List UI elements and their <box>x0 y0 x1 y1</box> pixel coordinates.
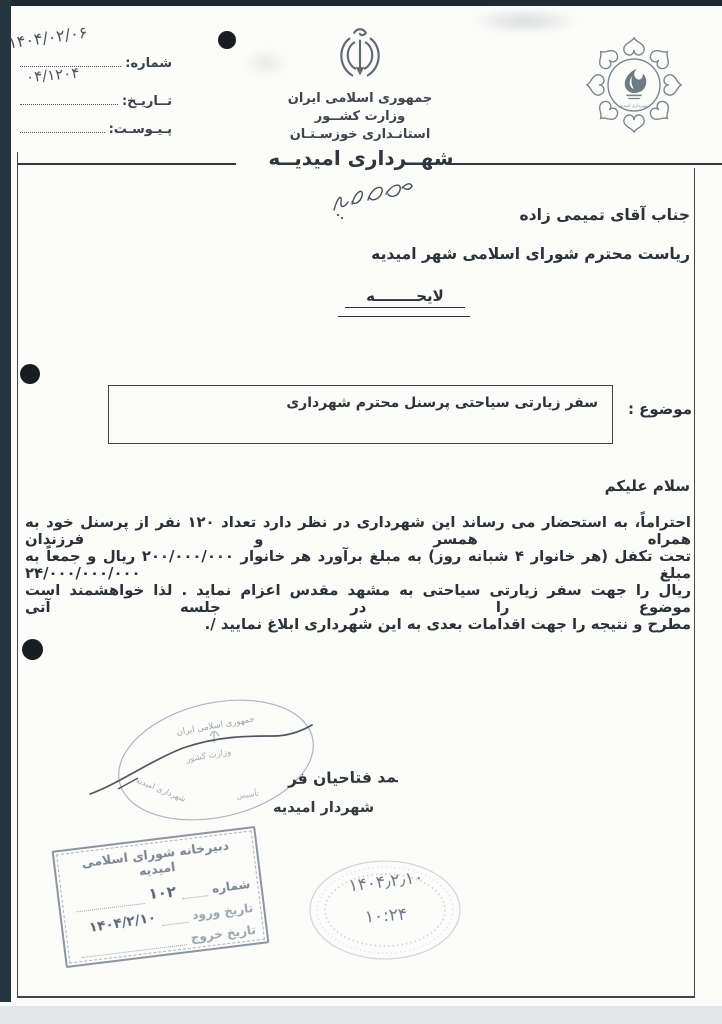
flame-icon <box>625 69 646 93</box>
dotted-line <box>20 118 105 133</box>
council-secretariat-stamp: دبیرخانه شورای اسلامی امیدیه شماره ۱۰۲ ت… <box>52 826 270 968</box>
mayor-stamp-outline <box>107 696 326 838</box>
recipient-title: ریاست محترم شورای اسلامی شهر امیدیه <box>40 245 690 263</box>
recipient-block: جناب آقای تمیمی زاده ریاست محترم شورای ا… <box>40 206 690 263</box>
council-exit-label: تاریخ خروج <box>190 923 257 945</box>
doc-type-underline <box>338 316 470 317</box>
greeting-line: سلام علیکم <box>40 477 690 495</box>
ministry-name: وزارت کشــور <box>250 109 470 124</box>
council-number-label: شماره <box>211 877 251 896</box>
subject-label: موضوع : <box>600 400 692 418</box>
field-row-date: تــاریـخ: <box>20 90 172 109</box>
handwritten-number-value: ۰۴/۱۲۰۴ <box>25 64 80 87</box>
stamp-country-text: جمهوری اسلامی ایران <box>176 714 255 738</box>
stamp-municipality-text: شهرداری امیدیه <box>135 776 188 804</box>
dotted-line <box>75 891 145 912</box>
municipality-title: شهــرداری امیدیــه <box>0 146 722 170</box>
governorate-name: استانـداری خوزسـتـان <box>250 127 470 142</box>
mayor-signature-block: جمهوری اسلامی ایران وزارت کشور شهرداری ا… <box>88 696 398 841</box>
attachment-label: پـیـوسـت: <box>109 122 172 137</box>
recipient-name: جناب آقای تمیمی زاده <box>40 206 690 224</box>
page-border-left <box>17 152 18 997</box>
title-rule-right <box>448 163 722 165</box>
council-entry-label: تاریخ ورود <box>191 901 253 922</box>
dotted-line <box>181 883 208 899</box>
body-line: ریال را جهت سفر زیارتی سیاحتی به مشهد مق… <box>25 582 691 616</box>
field-row-attachment: پـیـوسـت: <box>20 118 172 137</box>
scan-smudge <box>470 8 580 34</box>
country-name: جمهوری اسلامی ایران <box>250 91 470 106</box>
subject-value: سفر زیارتی سیاحتی پرسنل محترم شهرداری <box>109 386 612 411</box>
national-header: جمهوری اسلامی ایران وزارت کشــور استانـد… <box>250 26 470 142</box>
body-line: احتراماً، به استحضار می رساند این شهردار… <box>25 514 691 548</box>
letter-body: احتراماً، به استحضار می رساند این شهردار… <box>25 514 691 650</box>
scan-strip-bottom <box>0 1006 722 1024</box>
mayor-name: محمد فتاحیان فر <box>287 768 398 788</box>
punch-hole-middle <box>20 364 40 384</box>
subject-box: سفر زیارتی سیاحتی پرسنل محترم شهرداری <box>108 385 613 444</box>
logo-inscription: شهرداری امیدیه <box>619 104 648 109</box>
date-label: تــاریـخ: <box>122 94 172 109</box>
page-border-bottom <box>17 996 695 998</box>
body-line: مطرح و نتیجه را جهت اقدامات بعدی به این … <box>25 616 691 650</box>
omidiyeh-municipality-logo: شهرداری امیدیه <box>584 32 684 138</box>
page-border-right <box>694 168 695 997</box>
dotted-line <box>161 910 188 926</box>
handwritten-date-note: ۱۴۰۴/۰۲/۰۶ <box>7 23 88 53</box>
council-entry-value: ۱۴۰۴/۲/۱۰ <box>88 910 157 936</box>
doc-type-label: لایحــــــــه <box>345 287 465 308</box>
dotted-line <box>20 90 118 105</box>
stamp-ministry-text: وزارت کشور <box>184 747 232 765</box>
punch-hole-top <box>218 31 236 49</box>
dotted-line <box>80 932 186 958</box>
number-label: شماره: <box>125 56 172 71</box>
iran-emblem-icon <box>331 26 389 88</box>
mayor-title: شهردار امیدیه <box>273 800 374 816</box>
scanned-letter-page: ۱۴۰۴/۰۲/۰۶ شماره: ۰۴/۱۲۰۴ تــاریـخ: پـیـ… <box>0 0 722 1024</box>
scan-edge-top <box>0 0 722 6</box>
council-number-value: ۱۰۲ <box>148 883 177 903</box>
stamp-note-text: تأسیس <box>236 788 260 801</box>
body-line: تحت تکفل (هر خانوار ۴ شبانه روز) به مبلغ… <box>25 548 691 582</box>
